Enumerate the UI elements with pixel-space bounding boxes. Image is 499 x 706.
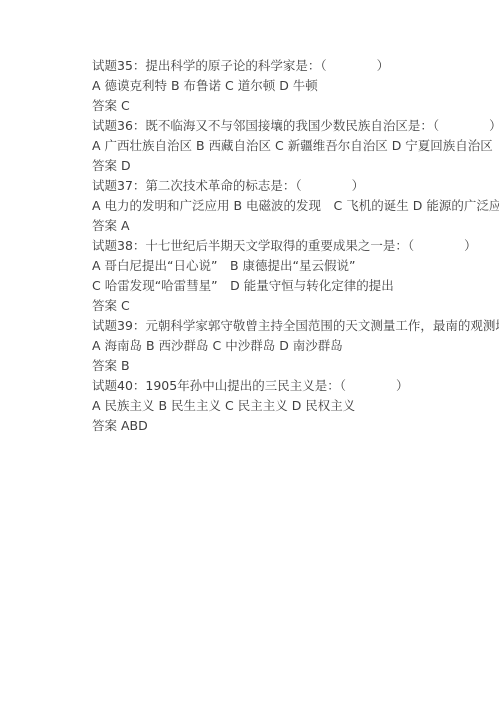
option-text: A 电力的发明和广泛应用 B 电磁波的发现 C 飞机的诞生 D 能源的广泛应用 xyxy=(92,196,485,216)
quiz-document-page: 试题35：提出科学的原子论的科学家是：（ ） A 德谟克利特 B 布鲁诺 C 道… xyxy=(0,0,499,706)
question-block: 试题38：十七世纪后半期天文学取得的重要成果之一是：（ ） A 哥白尼提出“日心… xyxy=(92,236,485,316)
option-text: A 广西壮族自治区 B 西藏自治区 C 新疆维吾尔自治区 D 宁夏回族自治区 xyxy=(92,136,485,156)
question-text: 试题38：十七世纪后半期天文学取得的重要成果之一是：（ ） xyxy=(92,236,485,256)
option-text: A 海南岛 B 西沙群岛 C 中沙群岛 D 南沙群岛 xyxy=(92,336,485,356)
question-block: 试题35：提出科学的原子论的科学家是：（ ） A 德谟克利特 B 布鲁诺 C 道… xyxy=(92,56,485,116)
answer-text: 答案 C xyxy=(92,96,485,116)
question-block: 试题40：1905年孙中山提出的三民主义是：（ ） A 民族主义 B 民生主义 … xyxy=(92,376,485,436)
question-block: 试题36：既不临海又不与邻国接壤的我国少数民族自治区是：（ ） A 广西壮族自治… xyxy=(92,116,485,176)
question-text: 试题40：1905年孙中山提出的三民主义是：（ ） xyxy=(92,376,485,396)
answer-text: 答案 B xyxy=(92,356,485,376)
option-text: A 民族主义 B 民生主义 C 民主主义 D 民权主义 xyxy=(92,396,485,416)
answer-text: 答案 C xyxy=(92,296,485,316)
question-text: 试题36：既不临海又不与邻国接壤的我国少数民族自治区是：（ ） xyxy=(92,116,485,136)
option-text: A 哥白尼提出“日心说” B 康德提出“星云假说” xyxy=(92,256,485,276)
question-text: 试题39：元朝科学家郭守敬曾主持全国范围的天文测量工作，最南的观测地点：（ ） xyxy=(92,316,485,336)
question-text: 试题35：提出科学的原子论的科学家是：（ ） xyxy=(92,56,485,76)
question-block: 试题37：第二次技术革命的标志是：（ ） A 电力的发明和广泛应用 B 电磁波的… xyxy=(92,176,485,236)
option-text: A 德谟克利特 B 布鲁诺 C 道尔顿 D 牛顿 xyxy=(92,76,485,96)
answer-text: 答案 ABD xyxy=(92,416,485,436)
option-text: C 哈雷发现“哈雷彗星” D 能量守恒与转化定律的提出 xyxy=(92,276,485,296)
question-text: 试题37：第二次技术革命的标志是：（ ） xyxy=(92,176,485,196)
answer-text: 答案 A xyxy=(92,216,485,236)
question-block: 试题39：元朝科学家郭守敬曾主持全国范围的天文测量工作，最南的观测地点：（ ） … xyxy=(92,316,485,376)
answer-text: 答案 D xyxy=(92,156,485,176)
